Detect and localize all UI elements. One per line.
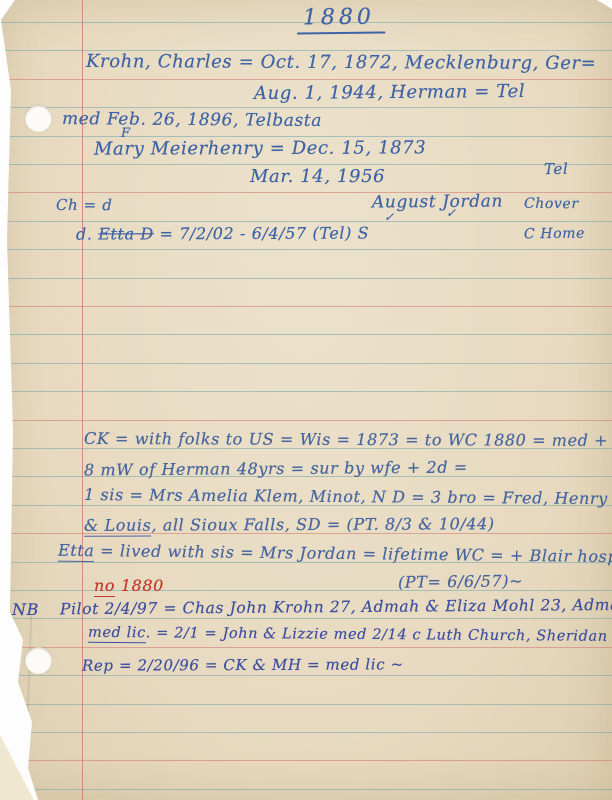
ruled-line [0, 192, 612, 193]
ruled-line [0, 278, 612, 279]
notebook-paper: 1880Krohn, Charles = Oct. 17, 1872, Meck… [0, 0, 612, 800]
ruled-line [0, 334, 612, 335]
line-pilot-1897: Pilot 2/4/97 = Chas John Krohn 27, Admah… [60, 596, 612, 618]
red-note-no-1880-segment: 1880 [115, 576, 164, 595]
line-etta-dates-segment: = 7/2/02 - 6/4/57 (Tel) S [154, 223, 369, 243]
check-mark-2: ✓ [446, 206, 457, 220]
line-etta-dates-segment: d. [76, 224, 98, 243]
line-med-lic: med lic. = 2/1 = John & Lizzie med 2/14 … [88, 625, 612, 645]
ruled-line [0, 618, 612, 619]
paper-crease [24, 615, 32, 800]
line-8mw-herman: 8 mW of Herman 48yrs = sur by wfe + 2d = [84, 458, 468, 480]
line-pt-1957: (PT= 6/6/57)~ [398, 571, 523, 591]
margin-chover: Chover [524, 196, 579, 212]
line-rep-1896: Rep = 2/20/96 = CK & MH = med lic ~ [82, 655, 404, 674]
ruled-line [0, 306, 612, 307]
line-etta-dates-segment: Etta D [98, 224, 154, 243]
scanned-page: 1880Krohn, Charles = Oct. 17, 1872, Meck… [0, 0, 612, 800]
ruled-line [0, 164, 612, 165]
line-louis-segment: , all Sioux Falls, SD = (PT. 8/3 & 10/44… [151, 514, 494, 534]
ruled-line [0, 732, 612, 733]
ruled-line [0, 789, 612, 790]
ruled-line [0, 363, 612, 364]
ruled-line [0, 704, 612, 705]
label-nb: NB [12, 600, 39, 619]
line-krohn-death: Aug. 1, 1944, Herman = Tel [254, 81, 525, 104]
line-ch-d: Ch = d [56, 196, 113, 214]
ruled-line [0, 391, 612, 392]
line-etta-lived-segment: Etta [58, 541, 95, 562]
line-louis-segment: & Louis [84, 516, 152, 537]
check-mark-1: ✓ [384, 210, 395, 224]
line-married: med Feb. 26, 1896, Telbasta [62, 109, 322, 131]
ruled-line [0, 136, 612, 137]
line-louis: & Louis, all Sioux Falls, SD = (PT. 8/3 … [84, 514, 495, 535]
punch-hole [25, 647, 52, 674]
line-etta-dates: d. Etta D = 7/2/02 - 6/4/57 (Tel) S [76, 223, 369, 243]
page-title: 1880 [297, 4, 385, 34]
ruled-line [0, 647, 612, 648]
ruled-line [0, 675, 612, 676]
red-note-no-1880: no 1880 [94, 576, 164, 595]
line-siblings: 1 sis = Mrs Amelia Klem, Minot, N D = 3 … [84, 485, 608, 508]
line-med-lic-segment: med lic [88, 625, 146, 643]
ruled-line [0, 420, 612, 421]
ruled-line [0, 79, 612, 80]
red-note-no-1880-segment: no [94, 576, 115, 597]
ruled-line [0, 249, 612, 250]
ruled-line [0, 221, 612, 222]
line-mary: Mary Meierhenry = Dec. 15, 1873 [94, 137, 426, 159]
line-med-lic-segment: . = 2/1 = John & Lizzie med 2/14 c Luth … [146, 625, 612, 645]
punch-hole [25, 105, 52, 132]
ruled-line [0, 107, 612, 108]
line-ck-folks: CK = with folks to US = Wis = 1873 = to … [84, 429, 612, 450]
line-krohn-charles: Krohn, Charles = Oct. 17, 1872, Mecklenb… [86, 51, 596, 74]
insert-mark-f: F [121, 126, 131, 141]
ruled-line [0, 760, 612, 761]
line-mary-death: Mar. 14, 1956 [250, 166, 385, 187]
margin-tel: Tel [544, 160, 569, 178]
margin-c-home: C Home [524, 226, 585, 243]
